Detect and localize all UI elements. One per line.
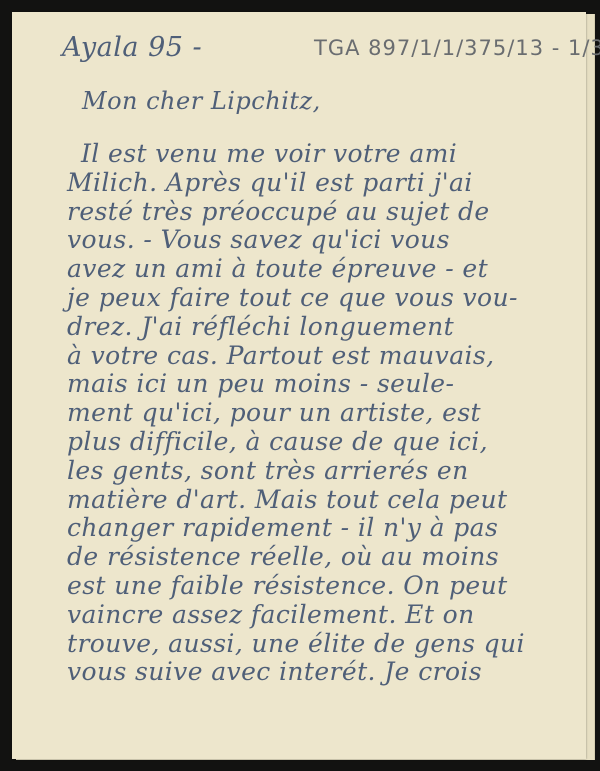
letter-line: vous suive avec interét. Je crois: [67, 658, 597, 687]
letter-line: vaincre assez facilement. Et on: [67, 601, 597, 630]
letter-line: mais ici un peu moins - seule-: [67, 370, 597, 399]
letter-line: plus difficile, à cause de que ici,: [67, 428, 597, 457]
letter-line: à votre cas. Partout est mauvais,: [67, 342, 597, 371]
letter-line: resté très préoccupé au sujet de: [67, 198, 597, 227]
letter-line: matière d'art. Mais tout cela peut: [67, 486, 597, 515]
letter-line: Milich. Après qu'il est parti j'ai: [67, 169, 597, 198]
letter-page: Ayala 95 - TGA 897/1/1/375/13 - 1/3 Mon …: [12, 12, 586, 759]
letter-line: avez un ami à toute épreuve - et: [67, 255, 597, 284]
letter-line: trouve, aussi, une élite de gens qui: [67, 630, 597, 659]
letter-line: est une faible résistence. On peut: [67, 572, 597, 601]
letter-line: Il est venu me voir votre ami: [67, 140, 597, 169]
archive-reference-number: TGA 897/1/1/375/13 - 1/3: [314, 36, 600, 60]
letter-line: changer rapidement - il n'y à pas: [67, 514, 597, 543]
letter-line: vous. - Vous savez qu'ici vous: [67, 226, 597, 255]
letter-body: Il est venu me voir votre ami Milich. Ap…: [67, 140, 597, 687]
letter-address: Ayala 95 -: [62, 32, 202, 63]
letter-line: les gents, sont très arrierés en: [67, 457, 597, 486]
letter-line: de résistence réelle, où au moins: [67, 543, 597, 572]
letter-line: drez. J'ai réfléchi longuement: [67, 313, 597, 342]
letter-salutation: Mon cher Lipchitz,: [82, 87, 321, 115]
letter-line: ment qu'ici, pour un artiste, est: [67, 399, 597, 428]
letter-line: je peux faire tout ce que vous vou-: [67, 284, 597, 313]
